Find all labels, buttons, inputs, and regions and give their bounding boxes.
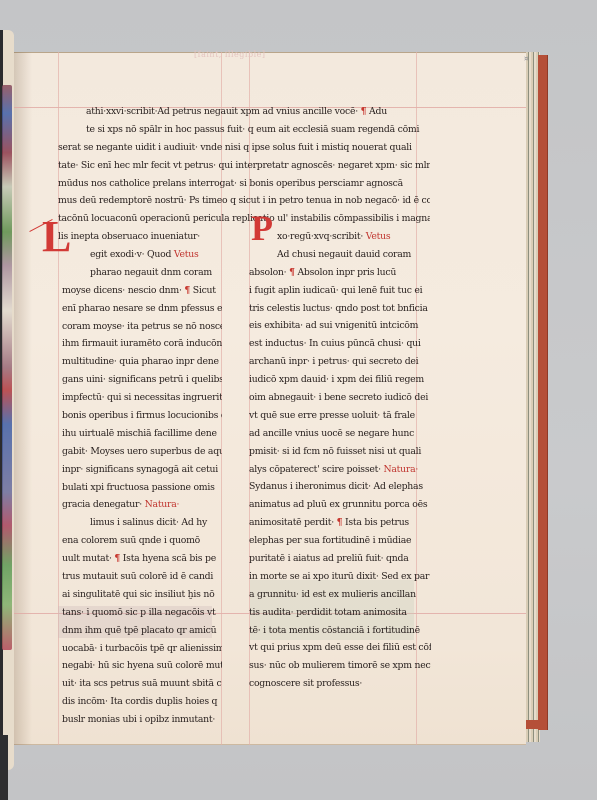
text-line: inpr· significans synagogā ait cetui: [62, 461, 222, 479]
text-line: tacōnū locuaconū operacionū pericula rep…: [58, 210, 430, 228]
text-line: gans uini· significans petrū i quelibs: [62, 371, 222, 389]
text-line: moyse dicens· nescio dnm· ¶ Sicut: [62, 282, 222, 300]
text-line: uit· ita scs petrus suā muunt sbitā cor: [62, 675, 222, 693]
text-block-top: athi·xxvi·scribit·Ad petrus negauit xpm …: [58, 103, 430, 246]
text-line: est inductus· In cuius pūncā chusi· qui: [249, 335, 431, 353]
folio-mark: ¤: [524, 55, 528, 63]
text-line: animositatē perdit· ¶ Ista bis petrus: [249, 514, 431, 532]
text-line: gracia denegatur· Natura·: [62, 496, 222, 514]
text-line: dis incōm· Ita cordis duplis hoies q: [62, 693, 222, 711]
text-line: negabi· hū sic hyena suū colorē muta: [62, 657, 222, 675]
text-line: in morte se ai xpo iturū dixit· Sed ex p…: [249, 568, 431, 586]
text-line: Ad chusi negauit dauid coram: [249, 246, 431, 264]
text-line: serat se negante uidit i audiuit· vnde n…: [58, 139, 430, 157]
text-line: sus· nūc ob mulierem timorē se xpm nec: [249, 657, 431, 675]
text-line: trus mutauit suū colorē id ē candi: [62, 568, 222, 586]
text-line: uult mutat· ¶ Ista hyena scā bis pe: [62, 550, 222, 568]
text-line: tē· i tota mentis cōstanciā i fortitudin…: [249, 622, 431, 640]
text-line: buslr monias ubi i opibz inmutant·: [62, 711, 222, 729]
text-line: limus i salinus dicit· Ad hy: [62, 514, 222, 532]
text-line: bonis operibus i firmus locucionibs dni: [62, 407, 222, 425]
text-line: tans· i quomō sic p illa negacōis vt: [62, 604, 222, 622]
text-line: impfectū· qui si necessitas ingruerit in: [62, 389, 222, 407]
text-line: pmisit· si id fcm nō fuisset nisi ut qua…: [249, 443, 431, 461]
text-line: oim abnegauit· i bene secreto iudicō dei: [249, 389, 431, 407]
text-line: puritatē i aiatus ad preliū fuit· qnda: [249, 550, 431, 568]
text-line: ad ancille vnius uocē se negare hunc: [249, 425, 431, 443]
text-line: xo·regū·xvq·scribit· Vetus: [249, 228, 431, 246]
text-line: Sydanus i iheronimus dicit· Ad elephas: [249, 478, 431, 496]
text-line: egit exodi·v· Quod Vetus: [62, 246, 222, 264]
text-line: vt qui prius xpm deū esse dei filiū est …: [249, 639, 431, 657]
text-line: enī pharao nesare se dnm pfessus est: [62, 300, 222, 318]
text-line: tis audita· perdidit totam animosita: [249, 604, 431, 622]
text-line: tris celestis luctus· qndo post tot bnfi…: [249, 300, 431, 318]
book-cover-edge: [0, 735, 8, 800]
text-line: vt quē sue erre presse uoluit· tā frale: [249, 407, 431, 425]
photo-scene: [faint, illegible] ¤ athi·xxvi·scribit·A…: [0, 0, 597, 800]
text-line: i fugit aplin iudicaū· qui lenē fuit tuc…: [249, 282, 431, 300]
text-line: ai singulitatē qui sic insiliut ḫis nō: [62, 586, 222, 604]
page-gutter-shadow: [14, 52, 32, 745]
text-line: elephas per sua fortitudinē i mūdiae: [249, 532, 431, 550]
text-line: a grunnitu· id est ex mulieris ancillan: [249, 586, 431, 604]
text-line: multitudine· quia pharao inpr dene: [62, 353, 222, 371]
text-line: alys cōpaterect' scire poisset· Natura·: [249, 461, 431, 479]
text-line: archanū inpr· i petrus· qui secreto dei: [249, 353, 431, 371]
text-line: ihu uirtualē mischiā facillime dene: [62, 425, 222, 443]
text-line: ena colorem suū qnde i quomō: [62, 532, 222, 550]
text-line: tate· Sic enī hec mlr fecit vt petrus· q…: [58, 157, 430, 175]
text-line: pharao negauit dnm coram: [62, 264, 222, 282]
text-line: cognoscere sit professus·: [249, 675, 431, 693]
text-line: iudicō xpm dauid· i xpm dei filiū regem: [249, 371, 431, 389]
running-head: [faint, illegible]: [194, 50, 266, 59]
text-column-left: egit exodi·v· Quod Vetus pharao negauit …: [62, 246, 222, 729]
text-line: athi·xxvi·scribit·Ad petrus negauit xpm …: [58, 103, 430, 121]
text-line: bulati xpi fructuosa passione omis: [62, 479, 222, 497]
text-line: eis exhibita· ad sui vnigenitū intcicōm: [249, 317, 431, 335]
text-line: mūdus nos catholice prelans interrogat· …: [58, 175, 430, 193]
text-line: te si xps nō spālr in hoc passus fuit· q…: [58, 121, 430, 139]
text-column-right: xo·regū·xvq·scribit· Vetus Ad chusi nega…: [249, 228, 431, 693]
text-line: mus deū redemptorē nostrū· Ps timeo q si…: [58, 192, 430, 210]
text-line: dnm ihm quē tpē placato qr amicū: [62, 622, 222, 640]
red-binding-cover: [538, 55, 548, 730]
red-binding-corner: [526, 720, 547, 729]
text-line: animatus ad pluū ex grunnitu porca oēs: [249, 496, 431, 514]
text-line: uocabā· i turbacōis tpē qr alienissim: [62, 640, 222, 658]
text-line: ihm firmauit iuramēto corā inducōni: [62, 335, 222, 353]
text-line: absolon· ¶ Absolon inpr pris lucū: [249, 264, 431, 282]
facing-page-illumination: [2, 85, 12, 650]
text-line: coram moyse· ita petrus se nō noscere: [62, 318, 222, 336]
text-line: gabit· Moyses uero superbus de aquis: [62, 443, 222, 461]
